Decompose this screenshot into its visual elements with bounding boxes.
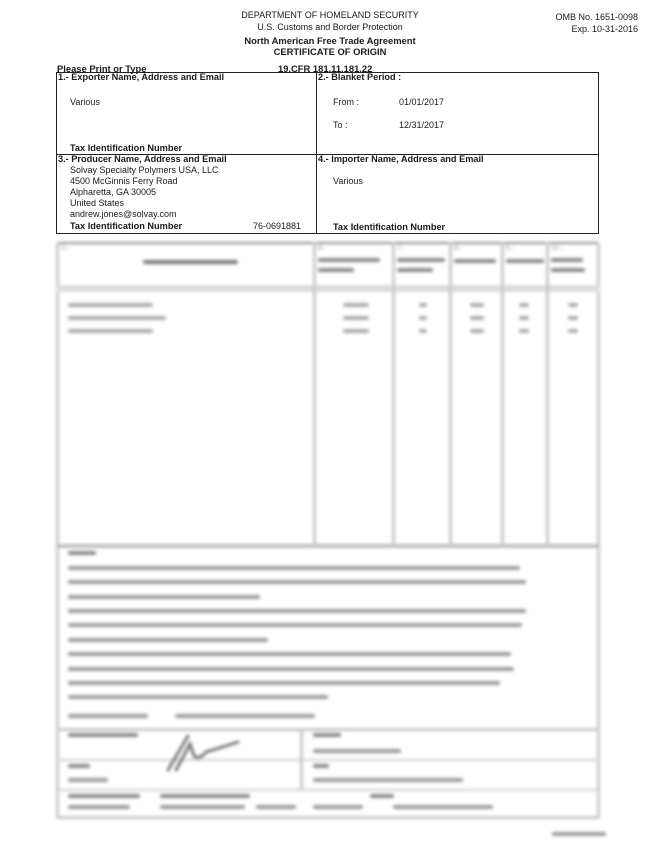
company-label [313,733,341,737]
row-country [568,316,578,320]
row-description [68,303,153,307]
col-10-number: 10.- [551,245,563,252]
cert-line [68,623,522,627]
title-label [313,764,329,768]
name-label [68,764,90,768]
row-producer [470,303,484,307]
row-net-cost [519,329,529,333]
col-header-producer [454,259,496,263]
row-net-cost [519,316,529,320]
row-classification [343,303,369,307]
col-divider [392,242,395,547]
col-header-country [551,258,583,262]
cert-line [68,681,500,685]
date-label [68,794,140,798]
email-value [393,805,493,809]
col-5-number: 5.- [61,245,69,252]
col-7-number: 7.- [397,245,405,252]
col-6-number: 6.- [318,245,326,252]
row-classification [343,316,369,320]
row-description [68,316,166,320]
cert-line [68,667,514,671]
col-header-preference-2 [397,268,433,272]
table-bottom-border [56,544,600,548]
col-header-country-2 [551,268,585,272]
cert-left-border [56,547,59,732]
sig-row-divider [56,759,600,761]
col-header-classification-2 [318,268,354,272]
cert-line [68,580,526,584]
title-value [313,778,463,782]
row-criterion [419,316,427,320]
footer-form-number [552,832,606,836]
sig-right-border [597,728,600,818]
cert-line [68,566,520,570]
cert-line [68,609,526,613]
row-criterion [419,329,427,333]
col-divider [449,242,452,547]
sig-bottom-border [56,816,600,819]
row-criterion [419,303,427,307]
cert-right-border [597,547,600,732]
cert-line [68,652,511,656]
cert-line [68,695,328,699]
col-header-net-cost [506,259,544,263]
cert-line [68,595,260,599]
telephone-value-2 [313,805,363,809]
blurred-region: 5.- 6.- 7.- 8.- 9.- 10.- [0,0,660,856]
row-producer [470,329,484,333]
sig-top-border [56,728,600,731]
table-top-border [56,242,600,244]
sig-left-border [56,728,59,818]
row-classification [343,329,369,333]
cert-line [175,714,315,718]
col-divider [546,242,549,547]
row-net-cost [519,303,529,307]
col-header-classification [318,258,380,262]
authorized-signature-label [68,733,138,737]
date-value [68,805,130,809]
table-header-band [56,285,600,292]
col-header-description [143,260,238,264]
row-description [68,329,153,333]
name-value [68,778,108,782]
row-producer [470,316,484,320]
telephone-fax-label [256,805,296,809]
email-label [370,794,394,798]
row-country [568,329,578,333]
sig-row-divider [56,789,600,791]
telephone-value-1 [160,805,245,809]
col-8-number: 8.- [454,245,462,252]
cert-line [68,638,268,642]
cert-heading [68,551,96,555]
col-divider [313,242,316,547]
signature-mark [160,730,240,775]
telephone-label [160,794,250,798]
col-9-number: 9.- [506,245,514,252]
row-country [568,303,578,307]
col-divider [501,242,504,547]
company-value [313,749,401,753]
sig-col-divider [300,728,303,790]
cert-line [68,714,148,718]
col-header-preference [397,258,445,262]
